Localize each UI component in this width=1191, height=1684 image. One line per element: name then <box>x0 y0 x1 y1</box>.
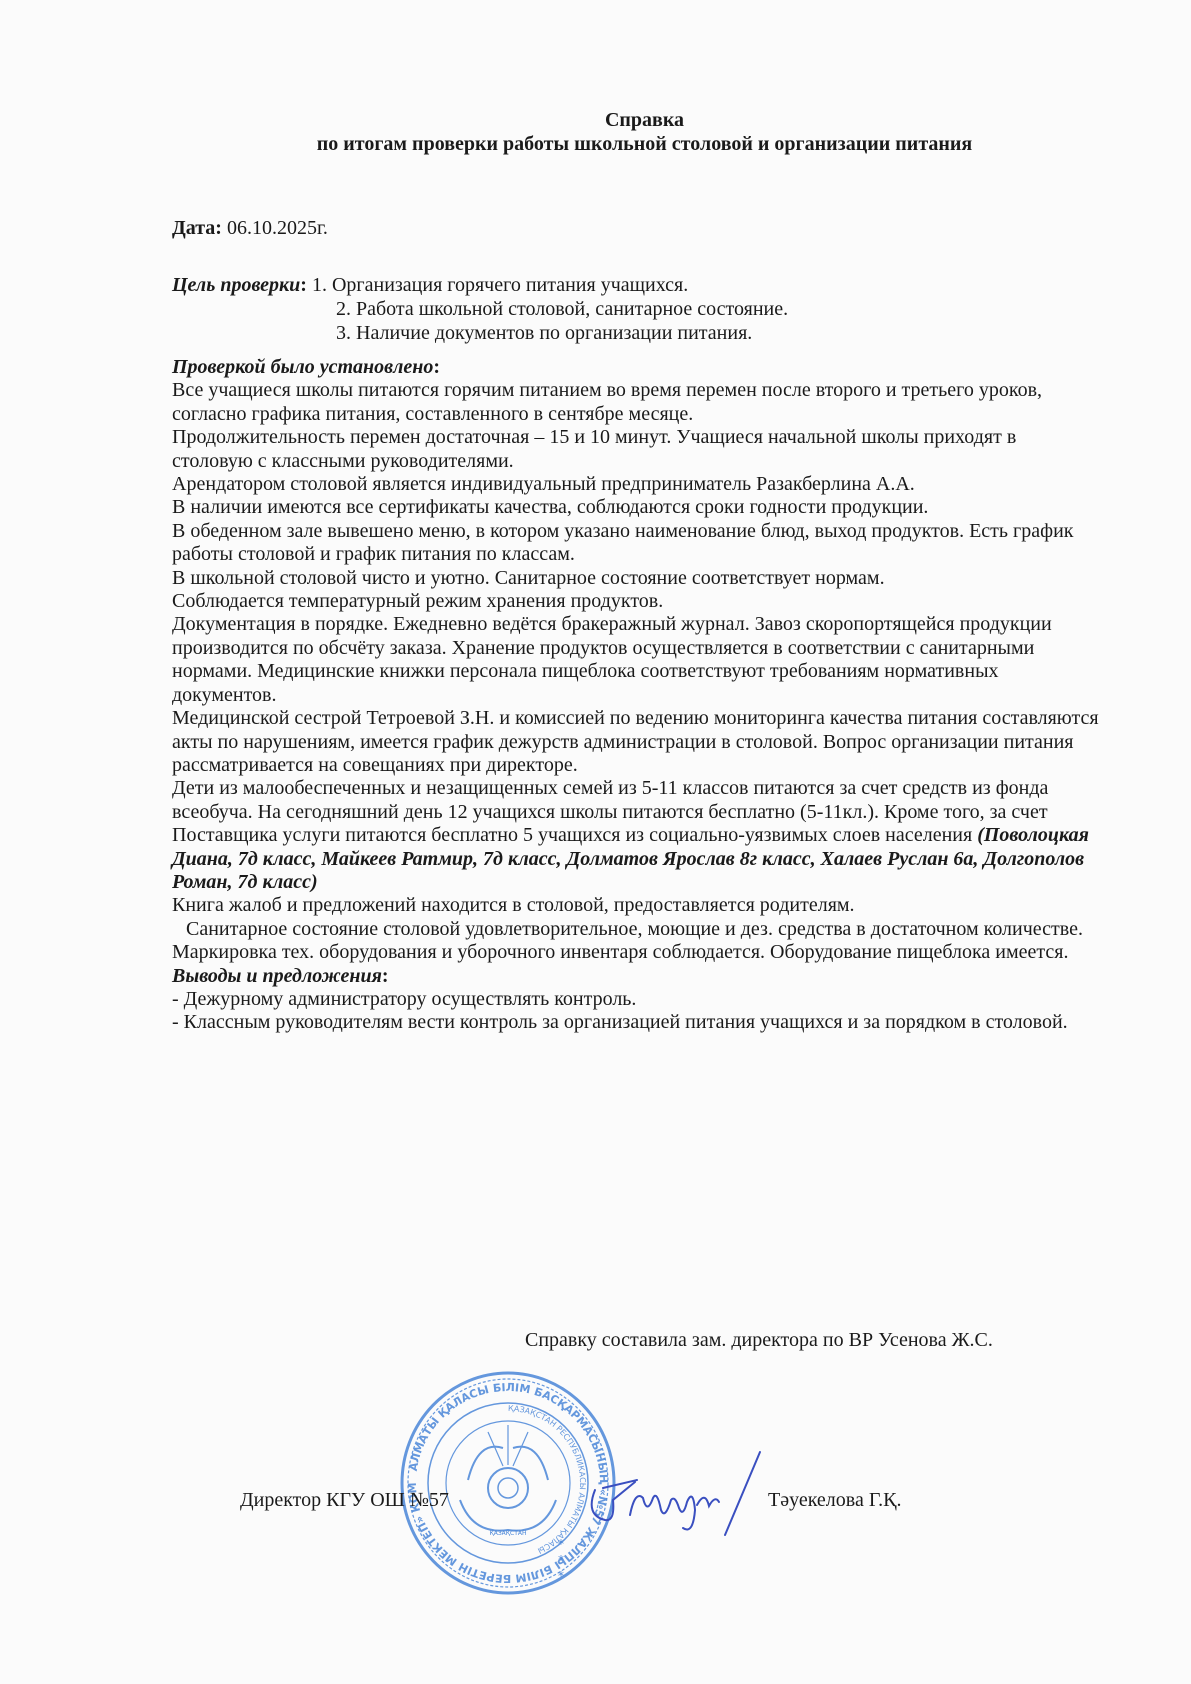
finding-paragraph: Медицинской сестрой Тетроевой З.Н. и ком… <box>172 707 1102 777</box>
director-title: Директор КГУ ОШ №57 <box>240 1488 449 1512</box>
findings-colon: : <box>433 356 440 378</box>
date-label: Дата: <box>172 217 222 239</box>
goals-label: Цель проверки <box>172 274 300 296</box>
signature-icon <box>575 1440 775 1550</box>
document-title-block: Справка по итогам проверки работы школьн… <box>0 108 1191 156</box>
finding-paragraph: Арендатором столовой является индивидуал… <box>172 473 1102 496</box>
date-value: 06.10.2025г. <box>227 217 328 239</box>
svg-text:*: * <box>558 1537 564 1551</box>
date-line: Дата: 06.10.2025г. <box>172 216 328 240</box>
findings-heading: Проверкой было установлено <box>172 356 433 378</box>
conclusions-heading-line: Выводы и предложения: <box>172 965 1102 988</box>
director-name: Тәуекелова Г.Қ. <box>768 1488 902 1512</box>
document-body: Проверкой было установлено: Все учащиеся… <box>172 356 1102 1035</box>
goal-item-3: 3. Наличие документов по организации пит… <box>172 321 788 345</box>
inspection-goals: Цель проверки: 1. Организация горячего п… <box>172 273 788 345</box>
conclusion-item: - Дежурному администратору осуществлять … <box>172 988 1102 1011</box>
findings-heading-line: Проверкой было установлено: <box>172 356 1102 379</box>
conclusions-colon: : <box>382 965 389 987</box>
conclusion-item: - Классным руководителям вести контроль … <box>172 1011 1102 1034</box>
goal-item-2: 2. Работа школьной столовой, санитарное … <box>172 297 788 321</box>
svg-text:*: * <box>558 1569 564 1583</box>
finding-paragraph: В обеденном зале вывешено меню, в которо… <box>172 520 1102 567</box>
finding-paragraph: Продолжительность перемен достаточная – … <box>172 426 1102 473</box>
document-title: Справка <box>98 108 1191 132</box>
conclusions-heading: Выводы и предложения <box>172 965 382 987</box>
svg-text:*: * <box>558 1553 564 1567</box>
compiled-by: Справку составила зам. директора по ВР У… <box>525 1328 993 1352</box>
finding-paragraph: В школьной столовой чисто и уютно. Санит… <box>172 567 1102 590</box>
goal-item-1: 1. Организация горячего питания учащихся… <box>312 274 688 296</box>
sanitary-paragraph: Санитарное состояние столовой удовлетвор… <box>172 918 1102 965</box>
complaints-paragraph: Книга жалоб и предложений находится в ст… <box>172 894 1102 917</box>
document-subtitle: по итогам проверки работы школьной столо… <box>98 132 1191 156</box>
finding-paragraph: Соблюдается температурный режим хранения… <box>172 590 1102 613</box>
svg-text:ҚАЗАҚСТАН: ҚАЗАҚСТАН <box>489 1530 526 1537</box>
finding-paragraph-free-meals: Дети из малообеспеченных и незащищенных … <box>172 777 1102 894</box>
finding-paragraph: Документация в порядке. Ежедневно ведётс… <box>172 613 1102 707</box>
finding-paragraph: В наличии имеются все сертификаты качест… <box>172 496 1102 519</box>
document-page: Справка по итогам проверки работы школьн… <box>0 0 1191 1684</box>
finding-paragraph: Все учащиеся школы питаются горячим пита… <box>172 379 1102 426</box>
free-meals-text: Дети из малообеспеченных и незащищенных … <box>172 777 1048 846</box>
goals-colon: : <box>300 274 307 296</box>
